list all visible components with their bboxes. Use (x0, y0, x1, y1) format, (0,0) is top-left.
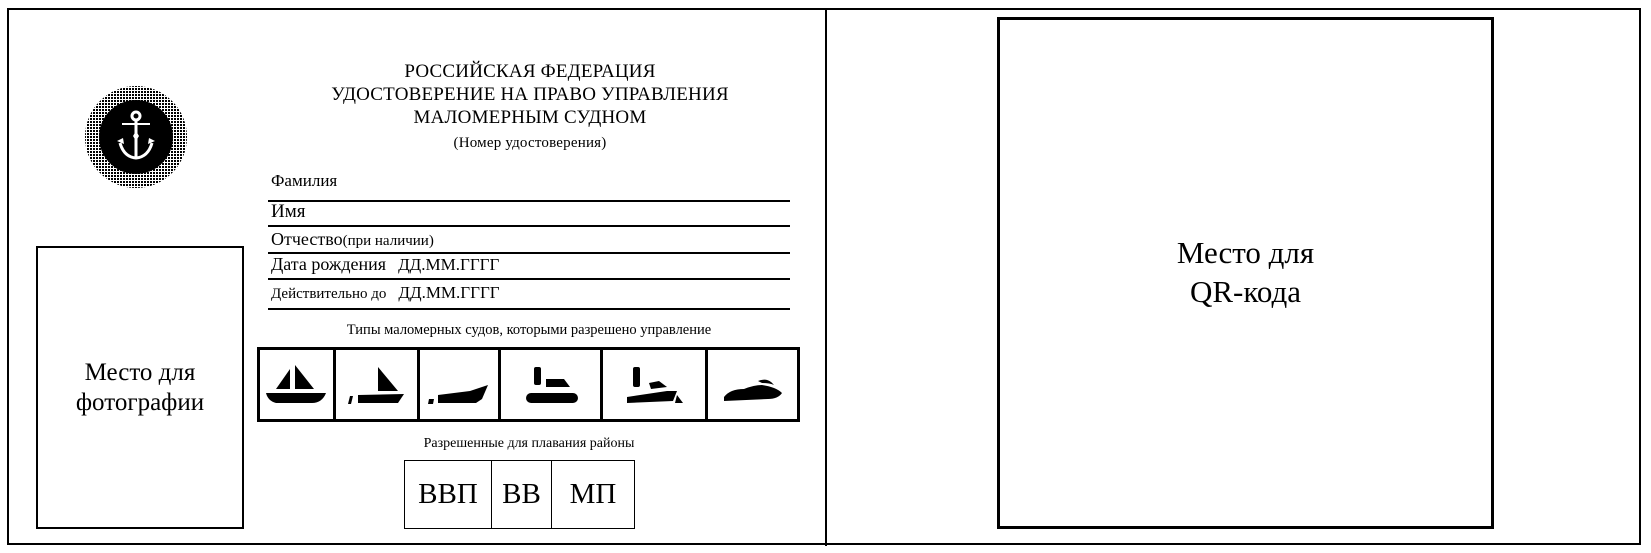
name-underline (268, 225, 790, 227)
surname-underline (268, 200, 790, 202)
sail-motor-boat-icon (342, 363, 412, 407)
birth-date-underline (268, 278, 790, 280)
cabin-motor-boat-icon (516, 363, 586, 407)
patronymic-note: (при наличии) (343, 233, 434, 249)
birth-date-field[interactable]: Дата рожденияДД.ММ.ГГГГ (271, 254, 499, 275)
photo-placeholder-line1: Место для (76, 358, 204, 388)
sailboat-two-sails-icon (262, 363, 332, 407)
jet-ski-icon (718, 363, 788, 407)
vessel-type-cell[interactable] (420, 350, 501, 419)
motor-boat-icon (424, 363, 494, 407)
anchor-emblem-icon (84, 85, 188, 189)
certificate-number-placeholder: (Номер удостоверения) (262, 135, 798, 152)
regions-caption: Разрешенные для плавания районы (258, 436, 800, 452)
vessel-type-cell[interactable] (260, 350, 336, 419)
surname-label: Фамилия (271, 171, 337, 190)
photo-placeholder[interactable]: Место для фотографии (36, 246, 244, 529)
vessel-type-cell[interactable] (603, 350, 708, 419)
qr-placeholder-line2: QR-кода (1177, 273, 1314, 312)
vessel-types-caption: Типы маломерных судов, которыми разрешен… (258, 322, 800, 339)
region-cell-mp[interactable]: МП (552, 461, 634, 528)
birth-date-label: Дата рождения (271, 254, 386, 274)
name-label: Имя (271, 201, 305, 222)
region-cell-vvp[interactable]: ВВП (405, 461, 492, 528)
qr-code-placeholder[interactable]: Место для QR-кода (997, 17, 1494, 529)
region-cell-vv[interactable]: ВВ (492, 461, 552, 528)
photo-placeholder-line2: фотографии (76, 388, 204, 418)
header-title-line2: МАЛОМЕРНЫМ СУДНОМ (262, 107, 798, 129)
vessel-type-cell[interactable] (336, 350, 420, 419)
name-field[interactable]: Имя (271, 201, 305, 223)
valid-until-label: Действительно до (271, 286, 386, 302)
valid-until-field[interactable]: Действительно доДД.ММ.ГГГГ (271, 283, 500, 303)
header-title-line1: УДОСТОВЕРЕНИЕ НА ПРАВО УПРАВЛЕНИЯ (262, 84, 798, 106)
qr-placeholder-line1: Место для (1177, 234, 1314, 273)
regions-table: ВВП ВВ МП (404, 460, 635, 529)
vessel-type-cell[interactable] (501, 350, 603, 419)
patronymic-field[interactable]: Отчество(при наличии) (271, 229, 434, 250)
vessel-types-table (257, 347, 800, 422)
birth-date-value: ДД.ММ.ГГГГ (398, 255, 499, 274)
patronymic-label: Отчество (271, 229, 343, 249)
vessel-type-cell[interactable] (708, 350, 797, 419)
header-country: РОССИЙСКАЯ ФЕДЕРАЦИЯ (262, 61, 798, 83)
fold-divider (825, 8, 827, 546)
valid-until-underline (268, 308, 790, 310)
valid-until-value: ДД.ММ.ГГГГ (398, 283, 499, 302)
motor-yacht-icon (619, 363, 689, 407)
surname-field[interactable]: Фамилия (271, 171, 337, 191)
